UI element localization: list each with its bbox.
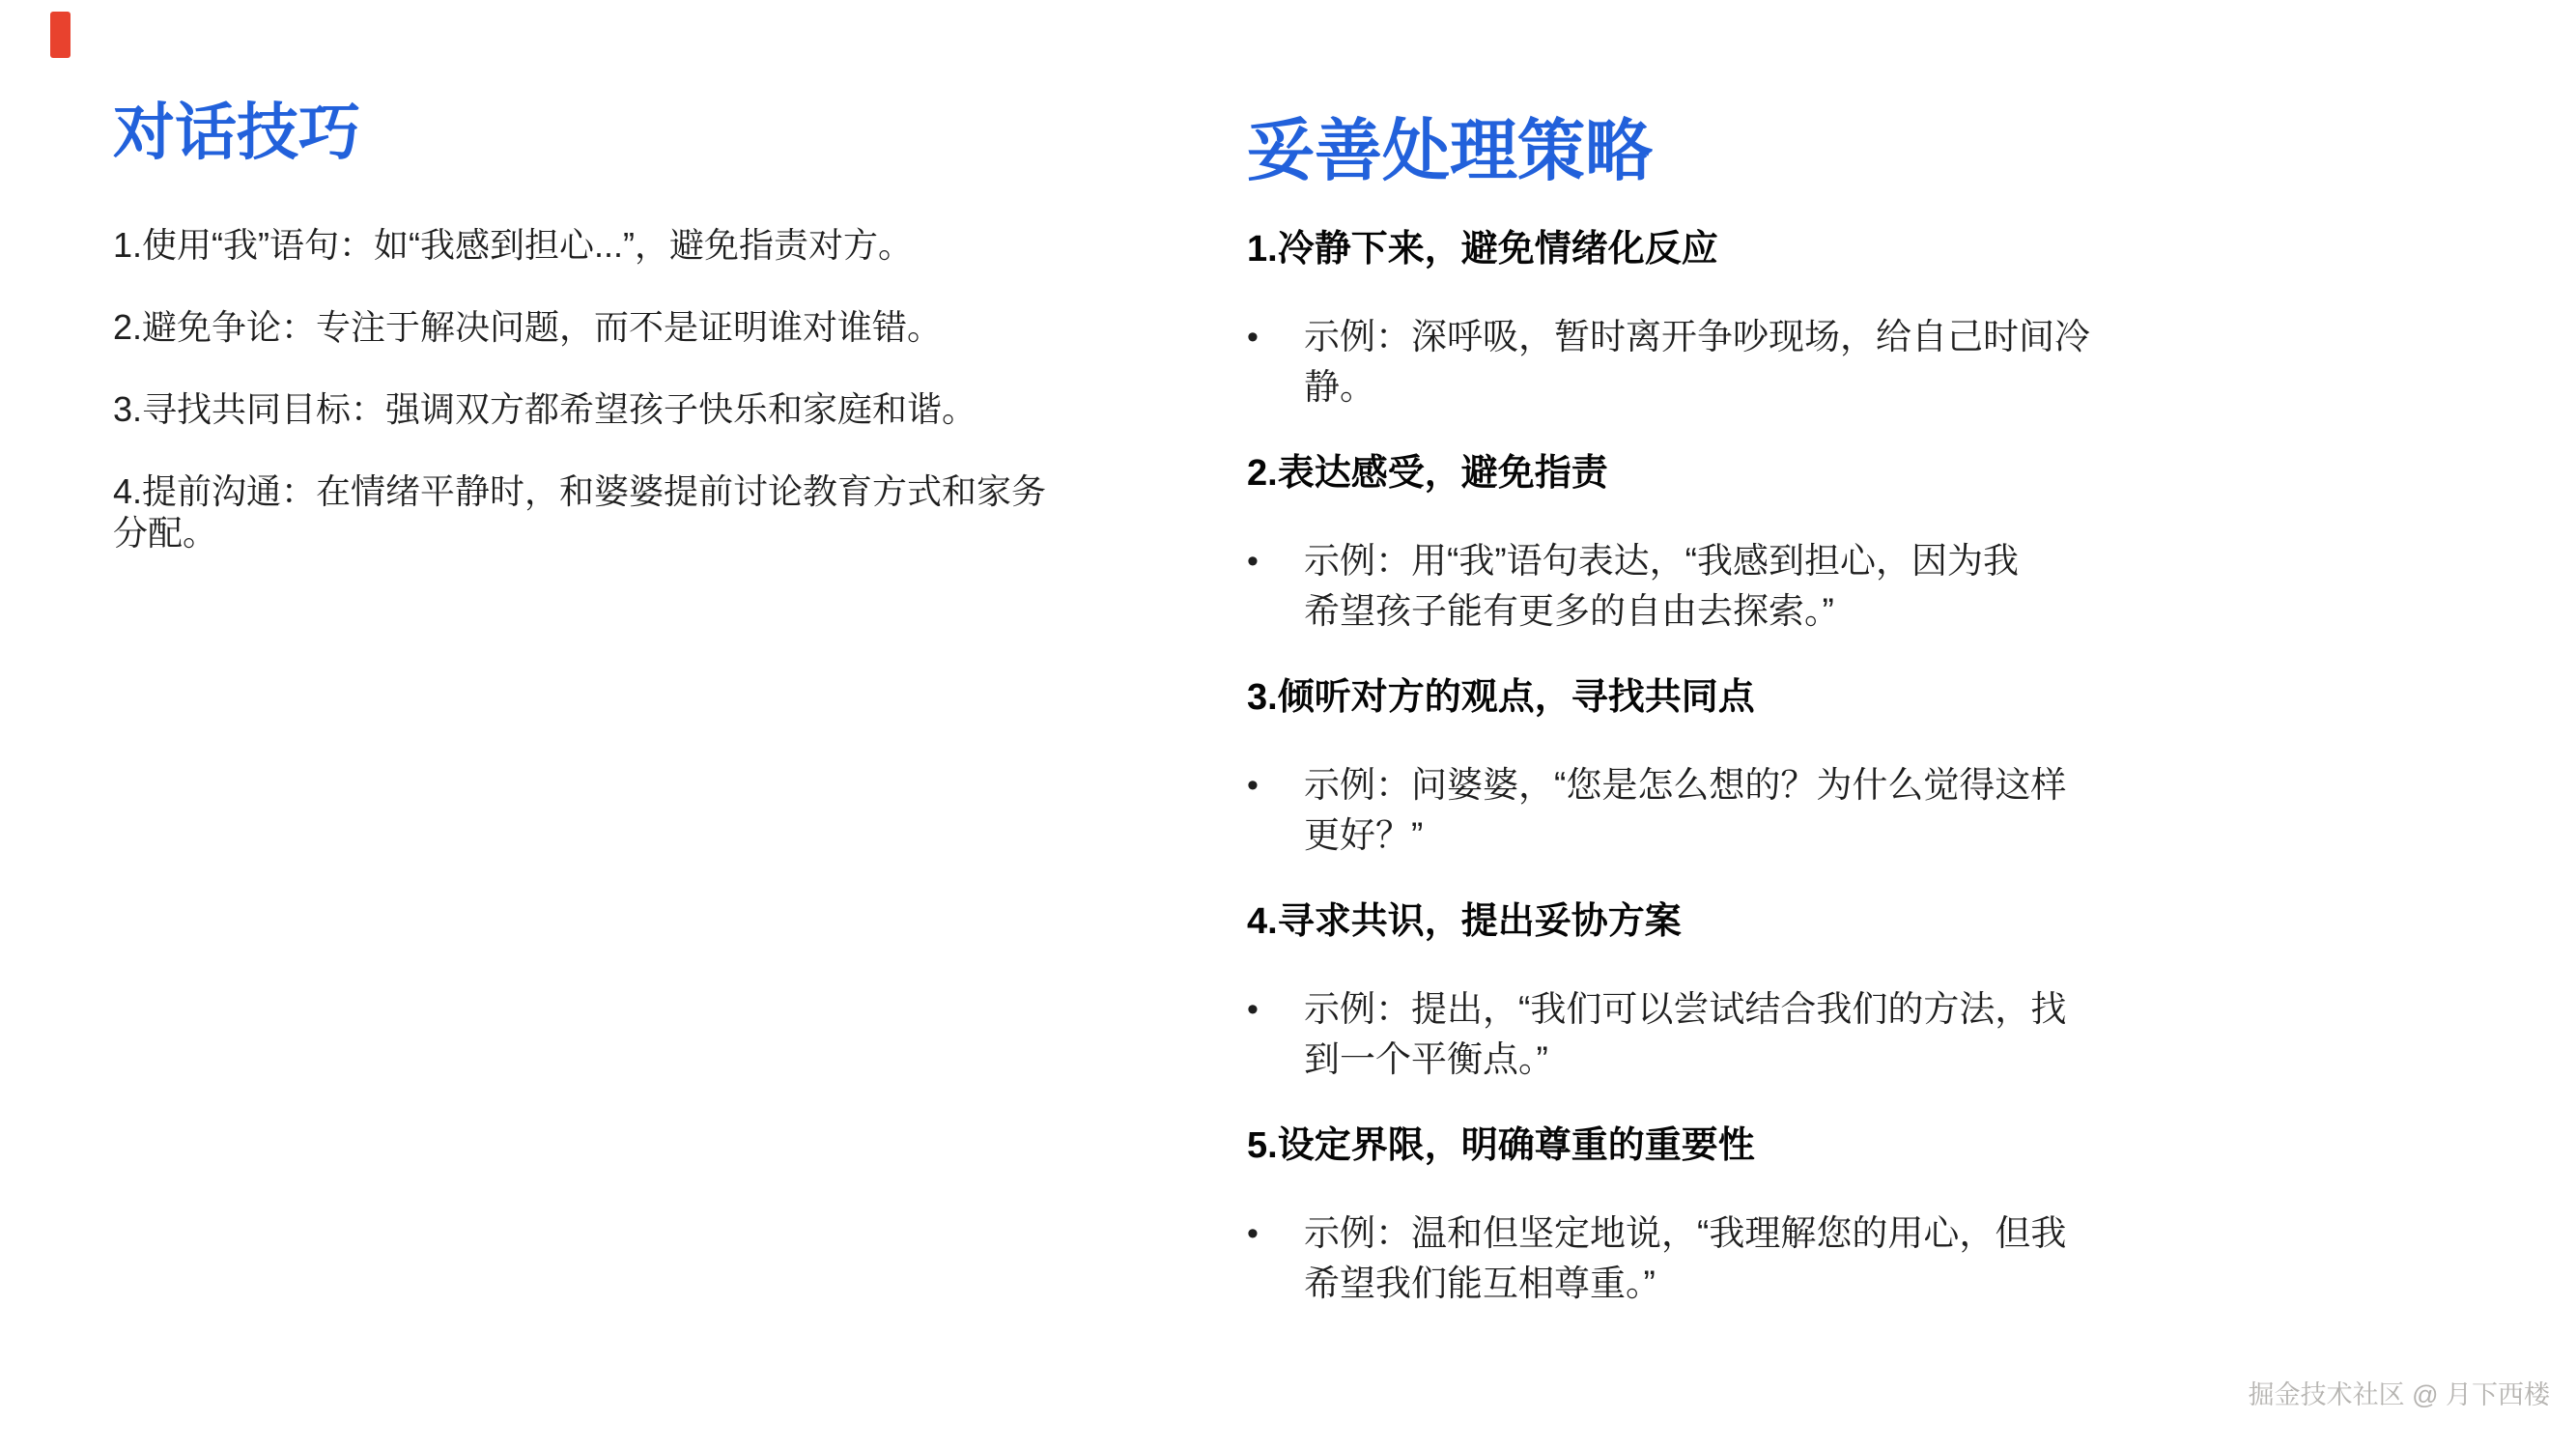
section-heading: 1.冷静下来，避免情绪化反应	[1247, 227, 2387, 271]
list-item-text: 3.寻找共同目标：强调双方都希望孩子快乐和家庭和谐。	[113, 388, 1156, 430]
bullet-text-line: 示例：提出，“我们可以尝试结合我们的方法，找	[1304, 984, 2387, 1035]
bullet-text-line: 静。	[1304, 362, 2387, 412]
list-item: 4.提前沟通：在情绪平静时，和婆婆提前讨论教育方式和家务 分配。	[113, 470, 1156, 554]
bullet-item: • 示例：温和但坚定地说，“我理解您的用心，但我 希望我们能互相尊重。”	[1247, 1208, 2387, 1309]
bullet-text-line: 示例：温和但坚定地说，“我理解您的用心，但我	[1304, 1208, 2387, 1259]
bullet-dot-icon: •	[1247, 536, 1304, 586]
right-column: 妥善处理策略 1.冷静下来，避免情绪化反应 • 示例：深呼吸，暂时离开争吵现场，…	[1247, 114, 2387, 1348]
section-heading: 4.寻求共识，提出妥协方案	[1247, 899, 2387, 944]
watermark: 掘金技术社区 @ 月下西楼	[2249, 1379, 2550, 1410]
bullet-text: 示例：问婆婆，“您是怎么想的？为什么觉得这样 更好？”	[1304, 760, 2387, 861]
list-item: 2.避免争论：专注于解决问题，而不是证明谁对谁错。	[113, 306, 1156, 348]
bullet-dot-icon: •	[1247, 984, 1304, 1035]
bullet-text-line: 希望孩子能有更多的自由去探索。”	[1304, 586, 2387, 637]
bullet-item: • 示例：问婆婆，“您是怎么想的？为什么觉得这样 更好？”	[1247, 760, 2387, 861]
bullet-item: • 示例：深呼吸，暂时离开争吵现场，给自己时间冷 静。	[1247, 312, 2387, 412]
bullet-text-line: 示例：问婆婆，“您是怎么想的？为什么觉得这样	[1304, 760, 2387, 810]
bullet-dot-icon: •	[1247, 312, 1304, 362]
document-page: 对话技巧 1.使用“我”语句：如“我感到担心...”，避免指责对方。 2.避免争…	[0, 0, 2576, 1449]
bullet-text-line: 示例：深呼吸，暂时离开争吵现场，给自己时间冷	[1304, 312, 2387, 362]
bullet-dot-icon: •	[1247, 1208, 1304, 1259]
section-heading: 5.设定界限，明确尊重的重要性	[1247, 1123, 2387, 1168]
list-item-text: 1.使用“我”语句：如“我感到担心...”，避免指责对方。	[113, 224, 1156, 266]
bullet-text: 示例：用“我”语句表达，“我感到担心，因为我 希望孩子能有更多的自由去探索。”	[1304, 536, 2387, 637]
bullet-text: 示例：提出，“我们可以尝试结合我们的方法，找 到一个平衡点。”	[1304, 984, 2387, 1085]
bullet-text-line: 更好？”	[1304, 810, 2387, 861]
left-column-title: 对话技巧	[113, 97, 1156, 168]
list-item-text: 分配。	[113, 512, 1156, 554]
bullet-item: • 示例：提出，“我们可以尝试结合我们的方法，找 到一个平衡点。”	[1247, 984, 2387, 1085]
list-item-text: 2.避免争论：专注于解决问题，而不是证明谁对谁错。	[113, 306, 1156, 348]
list-item: 1.使用“我”语句：如“我感到担心...”，避免指责对方。	[113, 224, 1156, 266]
bullet-text-line: 到一个平衡点。”	[1304, 1035, 2387, 1085]
bullet-dot-icon: •	[1247, 760, 1304, 810]
bullet-text: 示例：深呼吸，暂时离开争吵现场，给自己时间冷 静。	[1304, 312, 2387, 412]
section-heading: 3.倾听对方的观点，寻找共同点	[1247, 675, 2387, 720]
list-item-text: 4.提前沟通：在情绪平静时，和婆婆提前讨论教育方式和家务	[113, 470, 1156, 512]
red-corner-marker	[50, 12, 71, 58]
bullet-text-line: 希望我们能互相尊重。”	[1304, 1259, 2387, 1309]
bullet-item: • 示例：用“我”语句表达，“我感到担心，因为我 希望孩子能有更多的自由去探索。…	[1247, 536, 2387, 637]
right-column-title: 妥善处理策略	[1247, 114, 2387, 188]
left-column: 对话技巧 1.使用“我”语句：如“我感到担心...”，避免指责对方。 2.避免争…	[113, 97, 1156, 594]
list-item: 3.寻找共同目标：强调双方都希望孩子快乐和家庭和谐。	[113, 388, 1156, 430]
bullet-text: 示例：温和但坚定地说，“我理解您的用心，但我 希望我们能互相尊重。”	[1304, 1208, 2387, 1309]
bullet-text-line: 示例：用“我”语句表达，“我感到担心，因为我	[1304, 536, 2387, 586]
section-heading: 2.表达感受，避免指责	[1247, 451, 2387, 496]
